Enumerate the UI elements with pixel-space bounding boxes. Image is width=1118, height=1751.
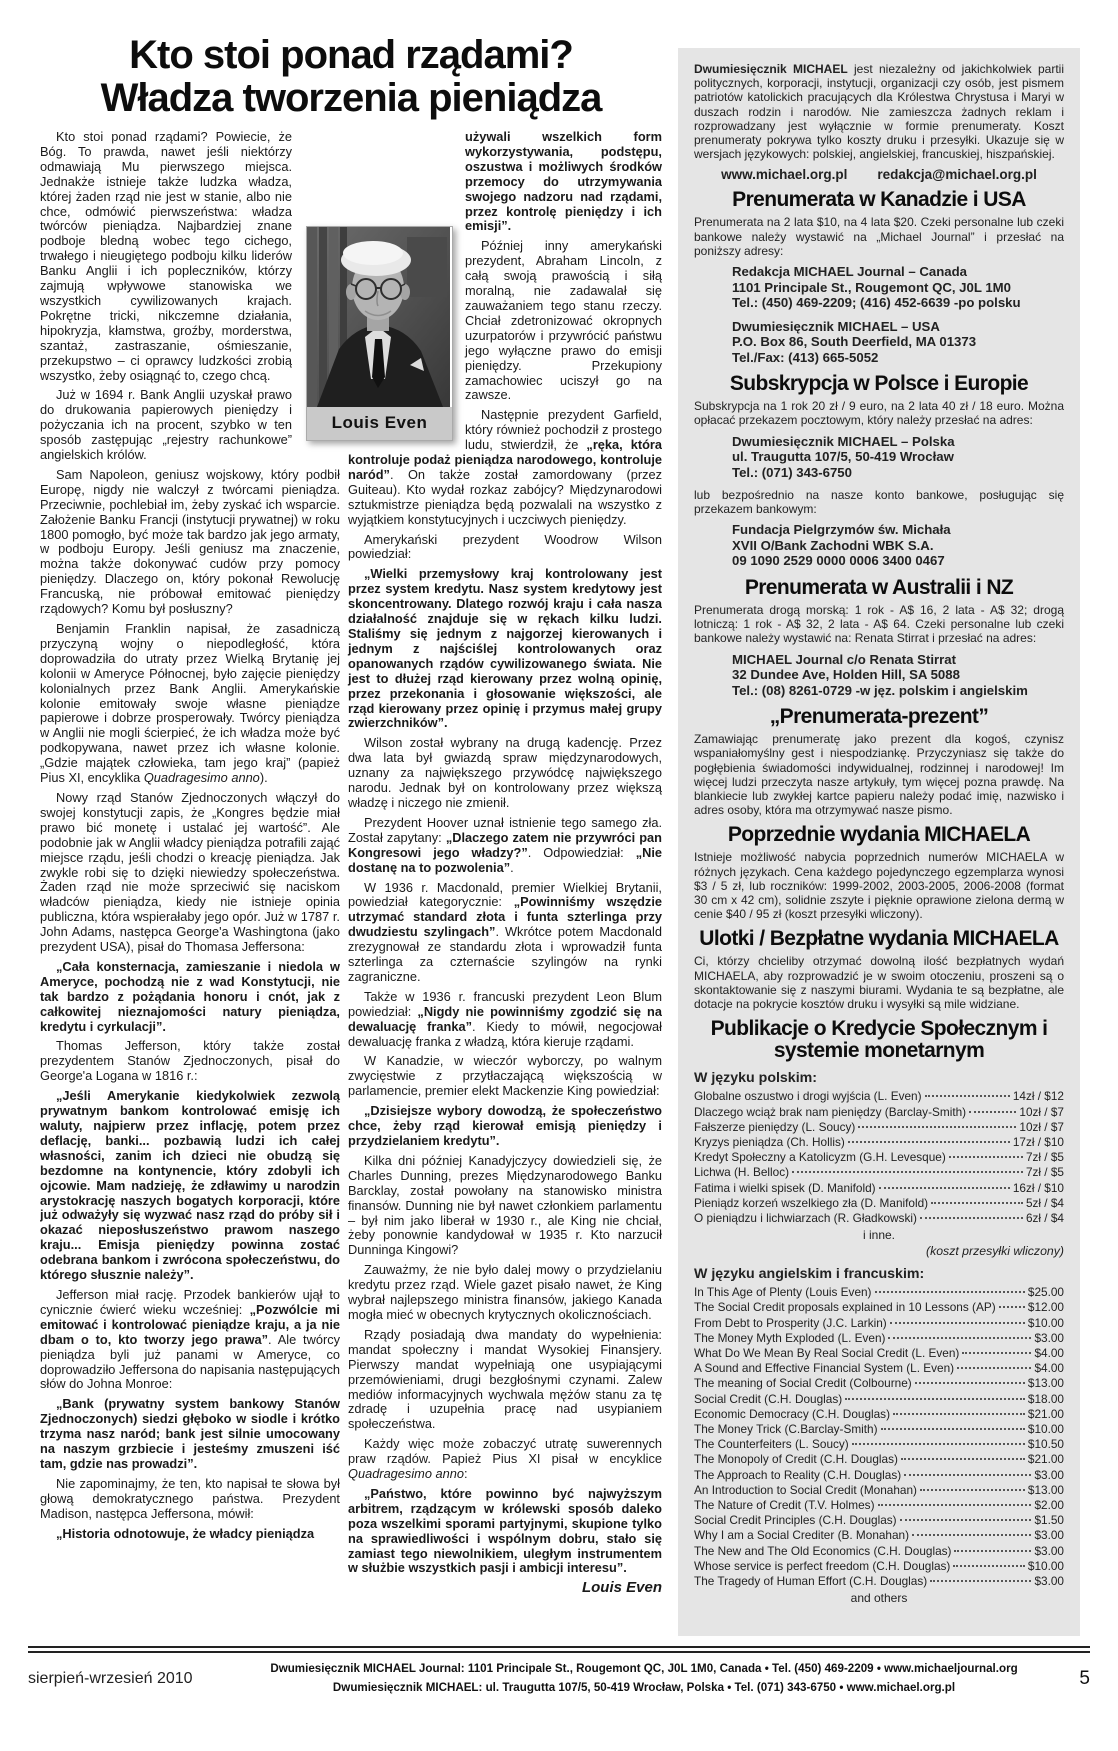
text-segment: „Bank (prywatny system bankowy Stanów Zj… [40, 1396, 340, 1471]
book-item: Why I am a Social Crediter (B. Monahan)$… [694, 1528, 1064, 1543]
sidebar-section-heading: Subskrypcja w Polsce i Europie [694, 373, 1064, 395]
text-segment: . On także został zamordowany (przez Gui… [348, 467, 662, 527]
text-segment: Kto stoi ponad rządami? Powiecie, że Bóg… [40, 130, 292, 383]
sidebar-paragraph: Dwumiesięcznik MICHAEL jest niezależny o… [694, 62, 1064, 161]
text-segment: Amerykański prezydent Woodrow Wilson pow… [348, 532, 662, 562]
sidebar-address: MICHAEL Journal c/o Renata Stirrat32 Dun… [732, 652, 1064, 699]
text-segment: lub bezpośrednio na nasze konto bankowe,… [694, 488, 1064, 516]
dot-leader [852, 1443, 1025, 1445]
sidebar-paragraph: Prenumerata drogą morską: 1 rok - A$ 16,… [694, 603, 1064, 646]
book-title: Globalne oszustwo i drogi wyjścia (L. Ev… [694, 1089, 922, 1104]
book-item: The New and The Old Economics (C.H. Doug… [694, 1544, 1064, 1559]
paragraph: „Historia odnotowuje, że władcy pieniądz… [40, 1527, 340, 1542]
book-item: A Sound and Effective Financial System (… [694, 1361, 1064, 1376]
book-item: Kredyt Społeczny a Katolicyzm (G.H. Leve… [694, 1150, 1064, 1165]
dot-leader [953, 1565, 1025, 1567]
book-price: 17zł / $10 [1013, 1135, 1064, 1150]
book-title: Whose service is perfect freedom (C.H. D… [694, 1559, 950, 1574]
book-title: A Sound and Effective Financial System (… [694, 1361, 954, 1376]
book-price: 10zł / $7 [1019, 1120, 1064, 1135]
book-price: $10.00 [1028, 1559, 1064, 1574]
address-line: ul. Traugutta 107/5, 50-419 Wrocław [732, 449, 1064, 465]
dot-leader [881, 1428, 1025, 1430]
sidebar-note: and others [694, 1591, 1064, 1605]
book-price: 5zł / $4 [1026, 1196, 1064, 1211]
dot-leader [931, 1202, 1023, 1204]
book-title: Fatima i wielki spisek (D. Manifold) [694, 1181, 876, 1196]
dot-leader [890, 1322, 1025, 1324]
text-segment: Louis Even [582, 1579, 662, 1596]
sidebar: Dwumiesięcznik MICHAEL jest niezależny o… [678, 48, 1080, 1636]
address-line: P.O. Box 86, South Deerfield, MA 01373 [732, 334, 1064, 350]
book-item: The meaning of Social Credit (Colbourne)… [694, 1376, 1064, 1391]
text-segment: . Odpowiedział: [528, 845, 636, 860]
dot-leader [957, 1367, 1031, 1369]
book-price: 16zł / $10 [1013, 1181, 1064, 1196]
sidebar-link: redakcja@michael.org.pl [877, 167, 1036, 182]
paragraph: Louis Even [348, 1581, 662, 1596]
paragraph: Benjamin Franklin napisał, że zasadniczą… [40, 622, 340, 786]
book-item: Whose service is perfect freedom (C.H. D… [694, 1559, 1064, 1574]
dot-leader [878, 1504, 1032, 1506]
dot-leader [920, 1217, 1023, 1219]
book-title: What Do We Mean By Real Social Credit (L… [694, 1346, 959, 1361]
text-segment: Ci, którzy chcieliby otrzymać dowolną il… [694, 954, 1064, 1011]
book-title: The New and The Old Economics (C.H. Doug… [694, 1544, 951, 1559]
paragraph: Kilka dni później Kanadyjczycy dowiedzie… [348, 1154, 662, 1258]
book-item: The Monopoly of Credit (C.H. Douglas)$21… [694, 1452, 1064, 1467]
dot-leader [969, 1111, 1016, 1113]
footer-addresses: Dwumiesięcznik MICHAEL Journal: 1101 Pri… [238, 1660, 1050, 1697]
dot-leader [912, 1534, 1031, 1536]
book-title: Pieniądz korzeń wszelkiego zła (D. Manif… [694, 1196, 928, 1211]
book-item: Social Credit Principles (C.H. Douglas)$… [694, 1513, 1064, 1528]
dot-leader [879, 1187, 1010, 1189]
paragraph: Jefferson miał rację. Przodek bankierów … [40, 1288, 340, 1392]
issue-date: sierpień-wrzesień 2010 [28, 1670, 238, 1688]
text-segment: Prenumerata na 2 lata $10, na 4 lata $20… [694, 215, 1064, 257]
text-segment: „Historia odnotowuje, że władcy pieniądz… [56, 1526, 314, 1541]
dot-leader [962, 1352, 1031, 1354]
book-price: $10.00 [1028, 1422, 1064, 1437]
text-segment: Prenumerata drogą morską: 1 rok - A$ 16,… [694, 603, 1064, 645]
sidebar-note: i inne. [694, 1228, 1064, 1242]
book-item: Economic Democracy (C.H. Douglas)$21.00 [694, 1407, 1064, 1422]
book-item: What Do We Mean By Real Social Credit (L… [694, 1346, 1064, 1361]
book-price: $21.00 [1028, 1407, 1064, 1422]
sidebar-links: www.michael.org.plredakcja@michael.org.p… [694, 167, 1064, 182]
address-line: Tel.: (450) 469-2209; (416) 452-6639 -po… [732, 295, 1064, 311]
dot-leader [904, 1474, 1031, 1476]
sidebar-paragraph: Ci, którzy chcieliby otrzymać dowolną il… [694, 954, 1064, 1011]
book-price: $12.00 [1028, 1300, 1064, 1315]
book-title: Kredyt Społeczny a Katolicyzm (G.H. Leve… [694, 1150, 946, 1165]
book-item: Pieniądz korzeń wszelkiego zła (D. Manif… [694, 1196, 1064, 1211]
page-number: 5 [1050, 1668, 1090, 1690]
book-title: Lichwa (H. Belloc) [694, 1165, 789, 1180]
text-segment: „Dzisiejsze wybory dowodzą, że społeczeń… [348, 1103, 662, 1148]
text-segment: Już w 1694 r. Bank Anglii uzyskał prawo … [40, 387, 292, 462]
book-price: $25.00 [1028, 1285, 1064, 1300]
text-segment: Zauważmy, że nie było dalej mowy o przyd… [348, 1262, 662, 1322]
text-segment: Sam Napoleon, geniusz wojskowy, który po… [40, 467, 340, 616]
photo-caption: Louis Even [307, 407, 452, 440]
paragraph: W 1936 r. Macdonald, premier Wielkiej Br… [348, 881, 662, 985]
page-title-line1: Kto stoi ponad rządami? [40, 34, 662, 77]
book-title: The meaning of Social Credit (Colbourne) [694, 1376, 912, 1391]
dot-leader [888, 1337, 1031, 1339]
text-segment: Subskrypcja na 1 rok 20 zł / 9 euro, na … [694, 399, 1064, 427]
address-line: XVII O/Bank Zachodni WBK S.A. [732, 538, 1064, 554]
text-segment: „Jeśli Amerykanie kiedykolwiek zezwolą p… [40, 1088, 340, 1282]
book-price: 7zł / $5 [1026, 1150, 1064, 1165]
portrait-image [307, 227, 450, 407]
book-item: Globalne oszustwo i drogi wyjścia (L. Ev… [694, 1089, 1064, 1104]
text-segment: Rządy posiadają dwa mandaty do wypełnien… [348, 1327, 662, 1431]
book-title: Fałszerze pieniędzy (L. Soucy) [694, 1120, 855, 1135]
book-price: $3.00 [1034, 1468, 1064, 1483]
text-segment: Nie zapominajmy, że ten, kto napisał te … [40, 1476, 340, 1521]
book-list: In This Age of Plenty (Louis Even)$25.00… [694, 1285, 1064, 1589]
book-price: $3.00 [1034, 1331, 1064, 1346]
text-segment: używali wszelkich form wykorzystywania, … [465, 130, 662, 233]
paragraph: „Jeśli Amerykanie kiedykolwiek zezwolą p… [40, 1089, 340, 1283]
sidebar-paragraph: lub bezpośrednio na nasze konto bankowe,… [694, 488, 1064, 516]
text-segment: Dwumiesięcznik MICHAEL [694, 62, 848, 76]
text-segment: Thomas Jefferson, który także został pre… [40, 1038, 340, 1083]
footer-divider [28, 1646, 1090, 1653]
book-title: The Social Credit proposals explained in… [694, 1300, 996, 1315]
text-segment: Quadragesimo anno [144, 770, 260, 785]
book-title: O pieniądzu i lichwiarzach (R. Gładkowsk… [694, 1211, 917, 1226]
sidebar-address: Dwumiesięcznik MICHAEL – Polskaul. Traug… [732, 434, 1064, 481]
book-title: Social Credit (C.H. Douglas) [694, 1392, 842, 1407]
book-price: $10.50 [1028, 1437, 1064, 1452]
text-segment: jest niezależny od jakichkolwiek partii … [694, 62, 1064, 161]
book-item: In This Age of Plenty (Louis Even)$25.00 [694, 1285, 1064, 1300]
book-item: An Introduction to Social Credit (Monaha… [694, 1483, 1064, 1498]
address-line: Tel.: (08) 8261-0729 -w jęz. polskim i a… [732, 683, 1064, 699]
paragraph: „Państwo, które powinno być najwyższym a… [348, 1487, 662, 1576]
sidebar-paragraph: Prenumerata na 2 lata $10, na 4 lata $20… [694, 215, 1064, 258]
book-item: From Debt to Prosperity (J.C. Larkin)$10… [694, 1316, 1064, 1331]
book-title: The Approach to Reality (C.H. Douglas) [694, 1468, 901, 1483]
dot-leader [893, 1413, 1025, 1415]
sidebar-address: Fundacja Pielgrzymów św. MichałaXVII O/B… [732, 522, 1064, 569]
book-title: The Monopoly of Credit (C.H. Douglas) [694, 1452, 898, 1467]
dot-leader [901, 1458, 1025, 1460]
page-footer: sierpień-wrzesień 2010 Dwumiesięcznik MI… [28, 1660, 1090, 1697]
paragraph: Sam Napoleon, geniusz wojskowy, który po… [40, 468, 340, 617]
book-title: The Tragedy of Human Effort (C.H. Dougla… [694, 1574, 927, 1589]
text-segment: Kilka dni później Kanadyjczycy dowiedzie… [348, 1153, 662, 1257]
book-price: $13.00 [1028, 1376, 1064, 1391]
book-price: 6zł / $4 [1026, 1211, 1064, 1226]
book-title: From Debt to Prosperity (J.C. Larkin) [694, 1316, 887, 1331]
book-title: The Money Myth Exploded (L. Even) [694, 1331, 885, 1346]
book-item: Fałszerze pieniędzy (L. Soucy)10zł / $7 [694, 1120, 1064, 1135]
paragraph: W Kanadzie, w wieczór wyborczy, po walny… [348, 1054, 662, 1099]
book-title: Social Credit Principles (C.H. Douglas) [694, 1513, 897, 1528]
footer-address-line2: Dwumiesięcznik MICHAEL: ul. Traugutta 10… [238, 1679, 1050, 1698]
text-segment: ). [260, 770, 268, 785]
book-item: Fatima i wielki spisek (D. Manifold)16zł… [694, 1181, 1064, 1196]
sidebar-note: (koszt przesyłki wliczony) [694, 1244, 1064, 1258]
address-line: Redakcja MICHAEL Journal – Canada [732, 264, 1064, 280]
book-price: $3.00 [1034, 1574, 1064, 1589]
book-item: Dlaczego wciąż brak nam pieniędzy (Barcl… [694, 1105, 1064, 1120]
book-item: O pieniądzu i lichwiarzach (R. Gładkowsk… [694, 1211, 1064, 1226]
book-price: $2.00 [1034, 1498, 1064, 1513]
book-title: The Money Trick (C.Barclay-Smith) [694, 1422, 878, 1437]
address-line: Fundacja Pielgrzymów św. Michała [732, 522, 1064, 538]
dot-leader [949, 1156, 1023, 1158]
page-title: Kto stoi ponad rządami? Władza tworzenia… [40, 34, 662, 120]
book-price: $21.00 [1028, 1452, 1064, 1467]
book-item: The Money Trick (C.Barclay-Smith)$10.00 [694, 1422, 1064, 1437]
paragraph: Każdy więc może zobaczyć utratę suwerenn… [348, 1437, 662, 1482]
address-line: Tel./Fax: (413) 665-5052 [732, 350, 1064, 366]
book-price: $4.00 [1034, 1361, 1064, 1376]
book-title: Economic Democracy (C.H. Douglas) [694, 1407, 890, 1422]
book-item: The Social Credit proposals explained in… [694, 1300, 1064, 1315]
book-item: The Counterfeiters (L. Soucy)$10.50 [694, 1437, 1064, 1452]
dot-leader [915, 1382, 1025, 1384]
book-item: The Money Myth Exploded (L. Even)$3.00 [694, 1331, 1064, 1346]
sidebar-paragraph: Zamawiając prenumeratę jako prezent dla … [694, 732, 1064, 817]
sidebar-section-heading: Poprzednie wydania MICHAELA [694, 824, 1064, 846]
book-price: $4.00 [1034, 1346, 1064, 1361]
paragraph: „Cała konsternacja, zamieszanie i niedol… [40, 960, 340, 1035]
text-segment: Nowy rząd Stanów Zjednoczonych włączył d… [40, 790, 340, 954]
paragraph: „Wielki przemysłowy kraj kontrolowany je… [348, 567, 662, 731]
address-line: 09 1090 2529 0000 0006 3400 0467 [732, 553, 1064, 569]
book-title: The Nature of Credit (T.V. Holmes) [694, 1498, 875, 1513]
paragraph: Nie zapominajmy, że ten, kto napisał te … [40, 1477, 340, 1522]
sidebar-section-heading: „Prenumerata-prezent” [694, 706, 1064, 728]
text-segment: . [510, 860, 514, 875]
book-price: 10zł / $7 [1019, 1105, 1064, 1120]
book-price: $10.00 [1028, 1316, 1064, 1331]
dot-leader [875, 1291, 1025, 1293]
book-price: 7zł / $5 [1026, 1165, 1064, 1180]
text-segment: „Państwo, które powinno być najwyższym a… [348, 1486, 662, 1576]
book-title: Dlaczego wciąż brak nam pieniędzy (Barcl… [694, 1105, 966, 1120]
paragraph: używali wszelkich form wykorzystywania, … [348, 130, 662, 234]
dot-leader [999, 1306, 1025, 1308]
book-title: The Counterfeiters (L. Soucy) [694, 1437, 849, 1452]
book-title: An Introduction to Social Credit (Monaha… [694, 1483, 917, 1498]
sidebar-subheading: W języku polskim: [694, 1070, 1064, 1086]
text-segment: „Cała konsternacja, zamieszanie i niedol… [40, 959, 340, 1034]
paragraph: Rządy posiadają dwa mandaty do wypełnien… [348, 1328, 662, 1432]
paragraph: Zauważmy, że nie było dalej mowy o przyd… [348, 1263, 662, 1323]
sidebar-section-heading: Prenumerata w Australii i NZ [694, 577, 1064, 599]
text-segment: „Wielki przemysłowy kraj kontrolowany je… [348, 566, 662, 730]
paragraph: Prezydent Hoover uznał istnienie tego sa… [348, 816, 662, 876]
dot-leader [920, 1489, 1025, 1491]
sidebar-address: Redakcja MICHAEL Journal – Canada1101 Pr… [732, 264, 1064, 311]
address-line: 1101 Principale St., Rougemont QC, J0L 1… [732, 280, 1064, 296]
text-segment: W Kanadzie, w wieczór wyborczy, po walny… [348, 1053, 662, 1098]
dot-leader [858, 1126, 1016, 1128]
text-segment: Zamawiając prenumeratę jako prezent dla … [694, 732, 1064, 817]
book-price: $1.50 [1034, 1513, 1064, 1528]
text-segment: Istnieje możliwość nabycia poprzednich n… [694, 850, 1064, 921]
book-price: $13.00 [1028, 1483, 1064, 1498]
dot-leader [792, 1171, 1023, 1173]
book-title: Why I am a Social Crediter (B. Monahan) [694, 1528, 909, 1543]
book-item: The Approach to Reality (C.H. Douglas)$3… [694, 1468, 1064, 1483]
paragraph: Amerykański prezydent Woodrow Wilson pow… [348, 533, 662, 563]
dot-leader [954, 1550, 1031, 1552]
address-line: Dwumiesięcznik MICHAEL – Polska [732, 434, 1064, 450]
address-line: MICHAEL Journal c/o Renata Stirrat [732, 652, 1064, 668]
text-segment: Quadragesimo anno [348, 1466, 464, 1481]
dot-leader [930, 1580, 1031, 1582]
sidebar-link: www.michael.org.pl [721, 167, 847, 182]
text-segment: Benjamin Franklin napisał, że zasadniczą… [40, 621, 340, 785]
sidebar-paragraph: Istnieje możliwość nabycia poprzednich n… [694, 850, 1064, 921]
dot-leader [848, 1141, 1010, 1143]
sidebar-paragraph: Subskrypcja na 1 rok 20 zł / 9 euro, na … [694, 399, 1064, 427]
dot-leader [925, 1095, 1010, 1097]
book-price: $3.00 [1034, 1544, 1064, 1559]
book-title: In This Age of Plenty (Louis Even) [694, 1285, 872, 1300]
paragraph: „Dzisiejsze wybory dowodzą, że społeczeń… [348, 1104, 662, 1149]
article-column-1: Kto stoi ponad rządami? Powiecie, że Bóg… [40, 130, 340, 1642]
paragraph: Nowy rząd Stanów Zjednoczonych włączył d… [40, 791, 340, 955]
address-line: 32 Dundee Ave, Holden Hill, SA 5088 [732, 667, 1064, 683]
paragraph: Wilson został wybrany na drugą kadencję.… [348, 736, 662, 811]
newspaper-page: Kto stoi ponad rządami? Władza tworzenia… [0, 0, 1118, 1751]
dot-leader [900, 1519, 1032, 1521]
text-segment: : [464, 1466, 468, 1481]
page-title-line2: Władza tworzenia pieniądza [40, 77, 662, 120]
sidebar-section-heading: Ulotki / Bezpłatne wydania MICHAELA [694, 928, 1064, 950]
book-price: 14zł / $12 [1013, 1089, 1064, 1104]
address-line: Dwumiesięcznik MICHAEL – USA [732, 319, 1064, 335]
footer-address-line1: Dwumiesięcznik MICHAEL Journal: 1101 Pri… [238, 1660, 1050, 1679]
sidebar-address: Dwumiesięcznik MICHAEL – USAP.O. Box 86,… [732, 319, 1064, 366]
book-title: Kryzys pieniądza (Ch. Hollis) [694, 1135, 845, 1150]
text-segment: Wilson został wybrany na drugą kadencję.… [348, 735, 662, 810]
book-list: Globalne oszustwo i drogi wyjścia (L. Ev… [694, 1089, 1064, 1226]
book-price: $18.00 [1028, 1392, 1064, 1407]
book-item: Kryzys pieniądza (Ch. Hollis)17zł / $10 [694, 1135, 1064, 1150]
address-line: Tel.: (071) 343-6750 [732, 465, 1064, 481]
sidebar-section-heading: Prenumerata w Kanadzie i USA [694, 189, 1064, 211]
book-item: Social Credit (C.H. Douglas)$18.00 [694, 1392, 1064, 1407]
louis-even-photo: Louis Even [306, 226, 453, 441]
paragraph: Thomas Jefferson, który także został pre… [40, 1039, 340, 1084]
sidebar-subheading: W języku angielskim i francuskim: [694, 1266, 1064, 1282]
sidebar-section-heading: Publikacje o Kredycie Społecznym i syste… [694, 1018, 1064, 1062]
text-segment: Każdy więc może zobaczyć utratę suwerenn… [348, 1436, 662, 1466]
paragraph: Także w 1936 r. francuski prezydent Leon… [348, 990, 662, 1050]
book-item: The Nature of Credit (T.V. Holmes)$2.00 [694, 1498, 1064, 1513]
book-price: $3.00 [1034, 1528, 1064, 1543]
book-item: The Tragedy of Human Effort (C.H. Dougla… [694, 1574, 1064, 1589]
dot-leader [845, 1398, 1025, 1400]
book-item: Lichwa (H. Belloc)7zł / $5 [694, 1165, 1064, 1180]
text-segment: Później inny amerykański prezydent, Abra… [465, 238, 662, 402]
paragraph: „Bank (prywatny system bankowy Stanów Zj… [40, 1397, 340, 1472]
